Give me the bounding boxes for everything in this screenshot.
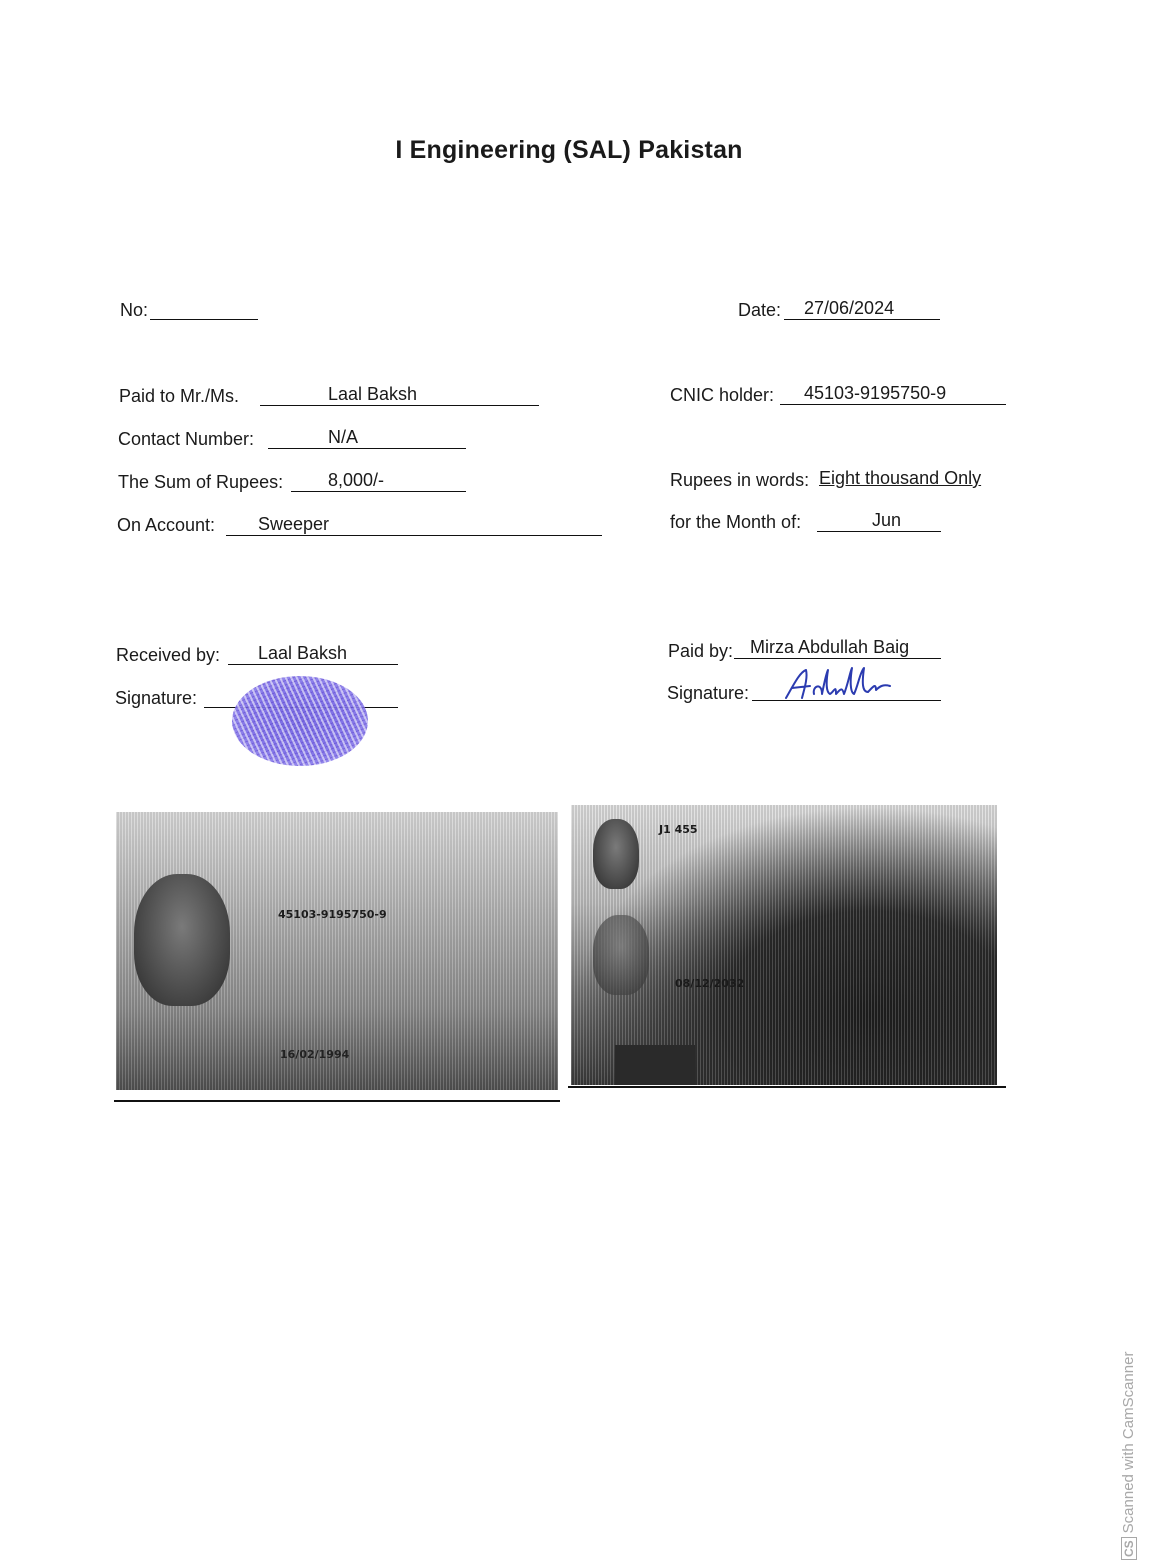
received-by-label: Received by: [116, 645, 220, 666]
sum-label: The Sum of Rupees: [118, 472, 283, 493]
cnic-front-number: 45103-9195750-9 [278, 908, 387, 921]
divider [114, 1100, 560, 1102]
words-label: Rupees in words: [670, 470, 809, 491]
signature-right-label: Signature: [667, 683, 749, 704]
cnic-value: 45103-9195750-9 [780, 383, 1006, 405]
cnic-back-image: J1 455 08/12/2032 [571, 805, 997, 1085]
receipt-no-field [150, 298, 258, 320]
thumbprint-icon [232, 676, 368, 766]
cnic-back-date: 08/12/2032 [675, 977, 744, 990]
month-label: for the Month of: [670, 512, 801, 533]
portrait-photo [134, 874, 230, 1006]
paid-by-value: Mirza Abdullah Baig [734, 637, 941, 659]
cnic-front-image: 45103-9195750-9 16/02/1994 [116, 812, 558, 1090]
contact-value: N/A [268, 427, 466, 449]
date-label: Date: [738, 300, 781, 321]
hologram-mark [593, 915, 649, 995]
contact-label: Contact Number: [118, 429, 254, 450]
divider [568, 1086, 1006, 1088]
cnic-back-code: J1 455 [659, 823, 698, 836]
camscanner-logo-icon: CS [1121, 1537, 1137, 1560]
cnic-label: CNIC holder: [670, 385, 774, 406]
receipt-no-label: No: [120, 300, 148, 321]
paid-to-value: Laal Baksh [260, 384, 539, 406]
date-value: 27/06/2024 [784, 298, 940, 320]
account-value: Sweeper [226, 514, 602, 536]
camscanner-text: Scanned with CamScanner [1120, 1352, 1137, 1534]
paid-to-label: Paid to Mr./Ms. [119, 386, 239, 407]
handwritten-signature-icon [780, 664, 910, 704]
paid-by-label: Paid by: [668, 641, 733, 662]
month-value: Jun [817, 510, 941, 532]
cnic-front-dob: 16/02/1994 [280, 1048, 349, 1061]
company-title: I Engineering (SAL) Pakistan [0, 136, 1138, 165]
received-by-value: Laal Baksh [228, 643, 398, 665]
words-value: Eight thousand Only [819, 468, 981, 489]
sum-value: 8,000/- [291, 470, 466, 492]
account-label: On Account: [117, 515, 215, 536]
camscanner-watermark: CSScanned with CamScanner [1120, 1352, 1137, 1560]
barcode-block [615, 1045, 695, 1085]
small-portrait-photo [593, 819, 639, 889]
signature-left-label: Signature: [115, 688, 197, 709]
